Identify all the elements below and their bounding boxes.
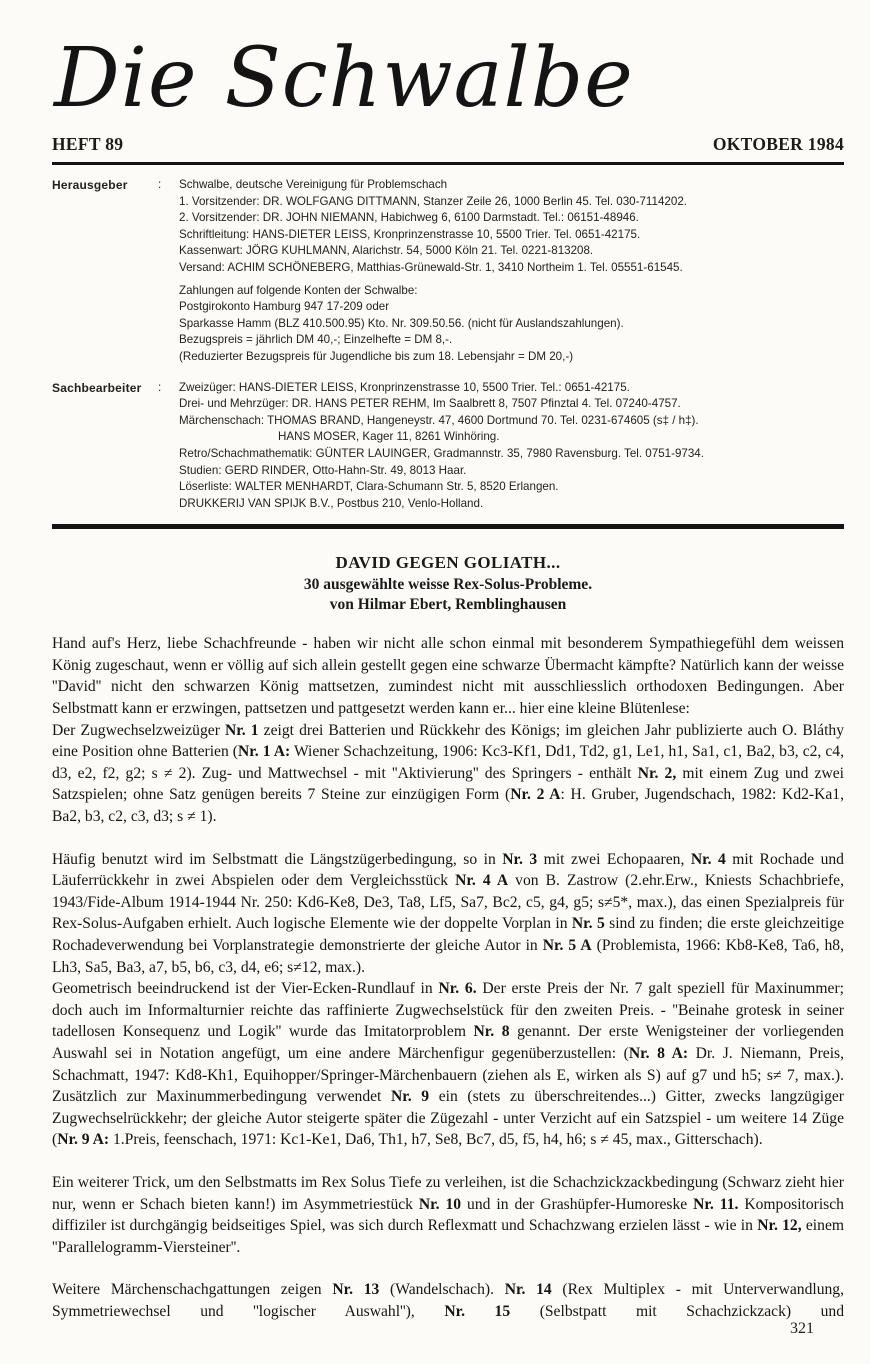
- page-number: 321: [790, 1320, 814, 1337]
- publisher-label: Herausgeber: [52, 177, 158, 366]
- publisher-line: Kassenwart: JÖRG KUHLMANN, Alarichstr. 5…: [179, 243, 844, 260]
- payment-line: Postgirokonto Hamburg 947 17-209 oder: [179, 299, 844, 316]
- paragraph-block: Ein weiterer Trick, um den Selbstmatts i…: [52, 1172, 844, 1258]
- masthead: Die Schwalbe HEFT 89 OKTOBER 1984: [52, 38, 844, 165]
- article-title: DAVID GEGEN GOLIATH...: [52, 553, 844, 573]
- paragraph-block: Häufig benutzt wird im Selbstmatt die Lä…: [52, 849, 844, 1151]
- paragraph: Der Zugwechselzweizüger Nr. 1 zeigt drei…: [52, 720, 844, 828]
- editor-line: Retro/Schachmathematik: GÜNTER LAUINGER,…: [179, 446, 844, 463]
- publisher-row: Herausgeber : Schwalbe, deutsche Vereini…: [52, 177, 844, 366]
- publisher-line: Schwalbe, deutsche Vereinigung für Probl…: [179, 177, 844, 194]
- magazine-title: Die Schwalbe: [54, 38, 844, 120]
- editor-line: Studien: GERD RINDER, Otto-Hahn-Str. 49,…: [179, 463, 844, 480]
- publisher-line: 1. Vorsitzender: DR. WOLFGANG DITTMANN, …: [179, 194, 844, 211]
- editor-line: DRUKKERIJ VAN SPIJK B.V., Postbus 210, V…: [179, 496, 844, 513]
- issue-number: HEFT 89: [52, 134, 123, 155]
- paragraph-block: Hand auf's Herz, liebe Schachfreunde - h…: [52, 633, 844, 827]
- section-divider: [52, 524, 844, 529]
- magazine-page: Die Schwalbe HEFT 89 OKTOBER 1984 Heraus…: [0, 0, 870, 1364]
- imprint: Herausgeber : Schwalbe, deutsche Vereini…: [52, 177, 844, 512]
- editors-content: Zweizüger: HANS-DIETER LEISS, Kronprinze…: [179, 380, 844, 513]
- payment-line: Sparkasse Hamm (BLZ 410.500.95) Kto. Nr.…: [179, 316, 844, 333]
- payment-line: Bezugspreis = jährlich DM 40,-; Einzelhe…: [179, 332, 844, 349]
- article-header: DAVID GEGEN GOLIATH... 30 ausgewählte we…: [52, 553, 844, 614]
- paragraph: Ein weiterer Trick, um den Selbstmatts i…: [52, 1172, 844, 1258]
- paragraph: Häufig benutzt wird im Selbstmatt die Lä…: [52, 849, 844, 979]
- masthead-divider: [52, 162, 844, 165]
- label-colon: :: [158, 177, 179, 366]
- editor-line: Löserliste: WALTER MENHARDT, Clara-Schum…: [179, 479, 844, 496]
- issue-date: OKTOBER 1984: [713, 134, 844, 155]
- publisher-line: Versand: ACHIM SCHÖNEBERG, Matthias-Grün…: [179, 260, 844, 277]
- editors-row: Sachbearbeiter : Zweizüger: HANS-DIETER …: [52, 380, 844, 513]
- payment-line: (Reduzierter Bezugspreis für Jugendliche…: [179, 349, 844, 366]
- publisher-content: Schwalbe, deutsche Vereinigung für Probl…: [179, 177, 844, 366]
- paragraph: Weitere Märchenschachgattungen zeigen Nr…: [52, 1279, 844, 1322]
- publisher-line: 2. Vorsitzender: DR. JOHN NIEMANN, Habic…: [179, 210, 844, 227]
- paragraph: Geometrisch beeindruckend ist der Vier-E…: [52, 978, 844, 1151]
- label-colon: :: [158, 380, 179, 513]
- editor-line: Märchenschach: THOMAS BRAND, Hangeneystr…: [179, 413, 844, 430]
- article-body: Hand auf's Herz, liebe Schachfreunde - h…: [52, 633, 844, 1322]
- article: DAVID GEGEN GOLIATH... 30 ausgewählte we…: [52, 553, 844, 1322]
- editor-line: HANS MOSER, Kager 11, 8261 Winhöring.: [179, 429, 844, 446]
- paragraph-block: Weitere Märchenschachgattungen zeigen Nr…: [52, 1279, 844, 1322]
- article-byline: von Hilmar Ebert, Remblinghausen: [52, 596, 844, 614]
- editor-line: Zweizüger: HANS-DIETER LEISS, Kronprinze…: [179, 380, 844, 397]
- publisher-line: Schriftleitung: HANS-DIETER LEISS, Kronp…: [179, 227, 844, 244]
- article-subtitle: 30 ausgewählte weisse Rex-Solus-Probleme…: [52, 576, 844, 594]
- paragraph: Hand auf's Herz, liebe Schachfreunde - h…: [52, 633, 844, 719]
- payment-line: Zahlungen auf folgende Konten der Schwal…: [179, 283, 844, 300]
- editor-line: Drei- und Mehrzüger: DR. HANS PETER REHM…: [179, 396, 844, 413]
- editors-label: Sachbearbeiter: [52, 380, 158, 513]
- issue-row: HEFT 89 OKTOBER 1984: [52, 134, 844, 155]
- page-footer: 321: [790, 1320, 814, 1338]
